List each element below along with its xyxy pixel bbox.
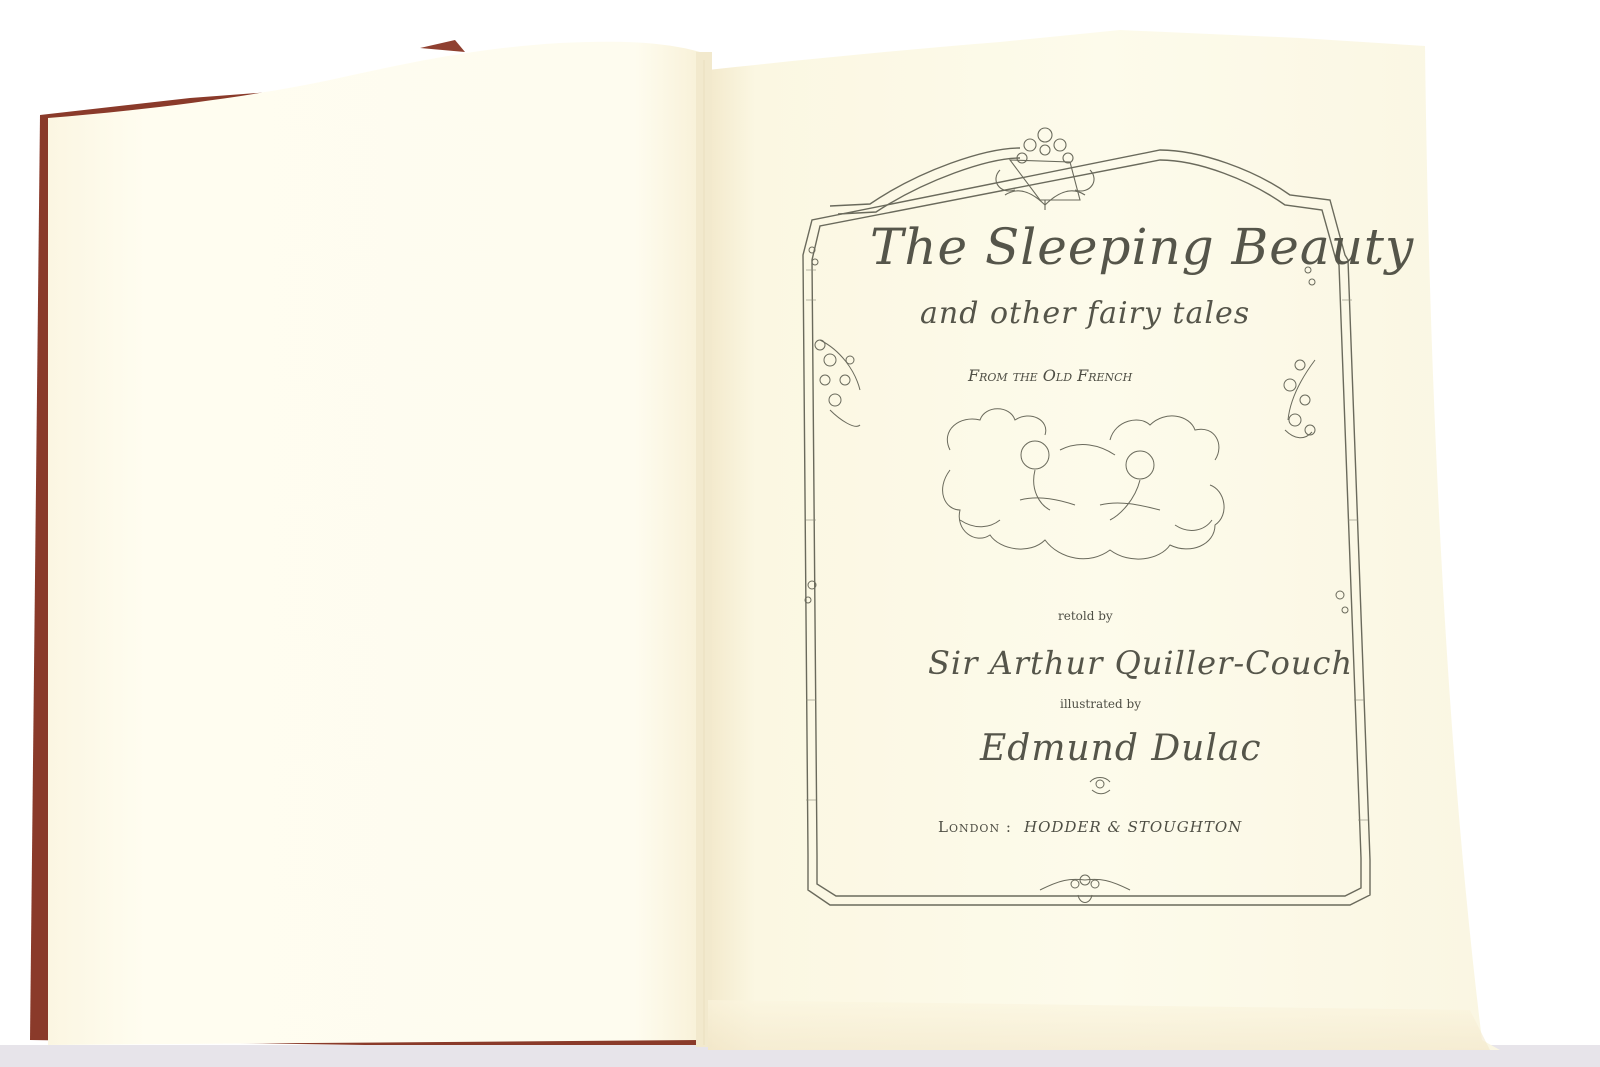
cherubs-in-clouds-illustration <box>943 409 1224 559</box>
floral-swag-right-icon <box>1284 267 1348 613</box>
bottom-floral-crest-icon <box>1040 875 1130 903</box>
open-book-scene: The Sleeping Beauty and other fairy tale… <box>0 0 1600 1067</box>
origin-text: From the Old French <box>968 366 1132 385</box>
illustrated-label: illustrated by <box>1060 697 1141 711</box>
publisher-city: London : <box>938 818 1012 836</box>
title-page-frame <box>0 0 1600 1067</box>
publisher-name: HODDER & STOUGHTON <box>1024 818 1242 836</box>
flower-basket-crest-icon <box>996 128 1094 210</box>
author-name: Sir Arthur Quiller-Couch <box>928 644 1353 682</box>
illustrator-name: Edmund Dulac <box>980 728 1262 769</box>
subtitle-text: and other fairy tales <box>920 296 1250 331</box>
retold-label: retold by <box>1058 609 1113 623</box>
small-floral-sprig-icon <box>1090 778 1110 794</box>
title-text: The Sleeping Beauty <box>870 218 1414 276</box>
